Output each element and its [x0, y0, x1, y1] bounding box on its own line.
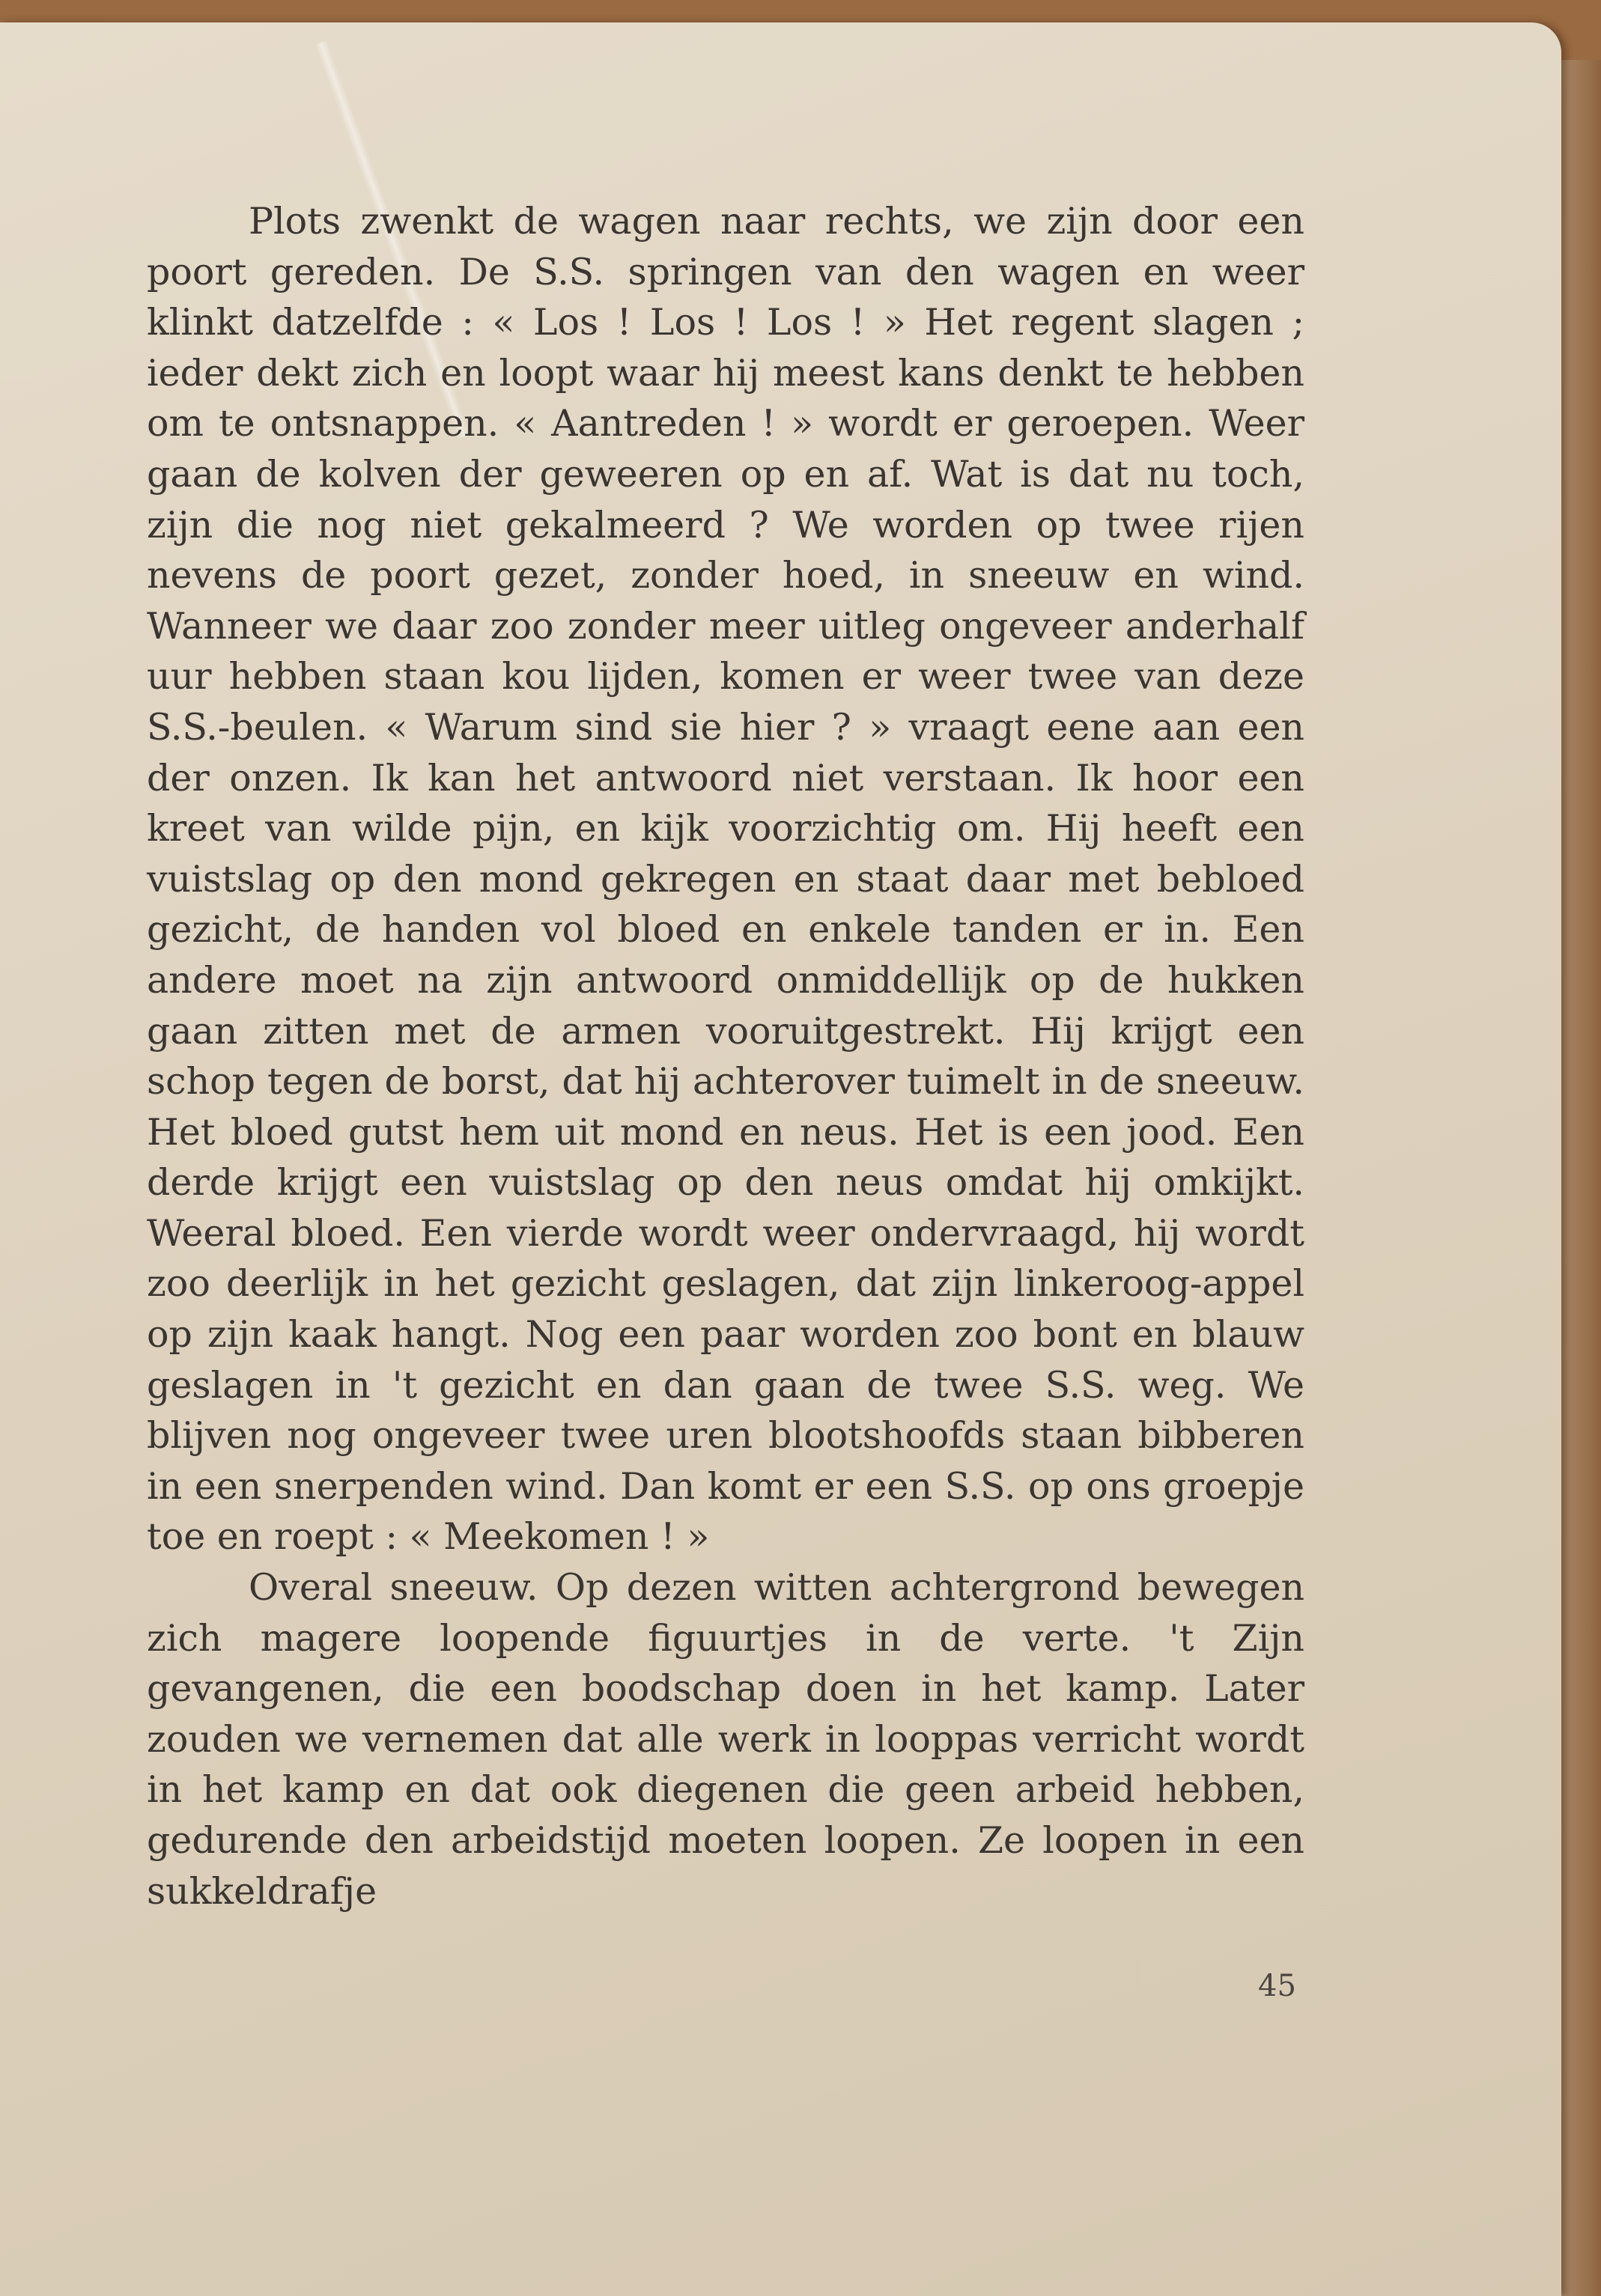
paragraph-2: Overal sneeuw. Op dezen witten achtergro…: [147, 1562, 1304, 1916]
page-number: 45: [1258, 1969, 1296, 2003]
paragraph-1: Plots zwenkt de wagen naar rechts, we zi…: [147, 196, 1304, 1562]
body-text: Plots zwenkt de wagen naar rechts, we zi…: [147, 196, 1304, 1916]
